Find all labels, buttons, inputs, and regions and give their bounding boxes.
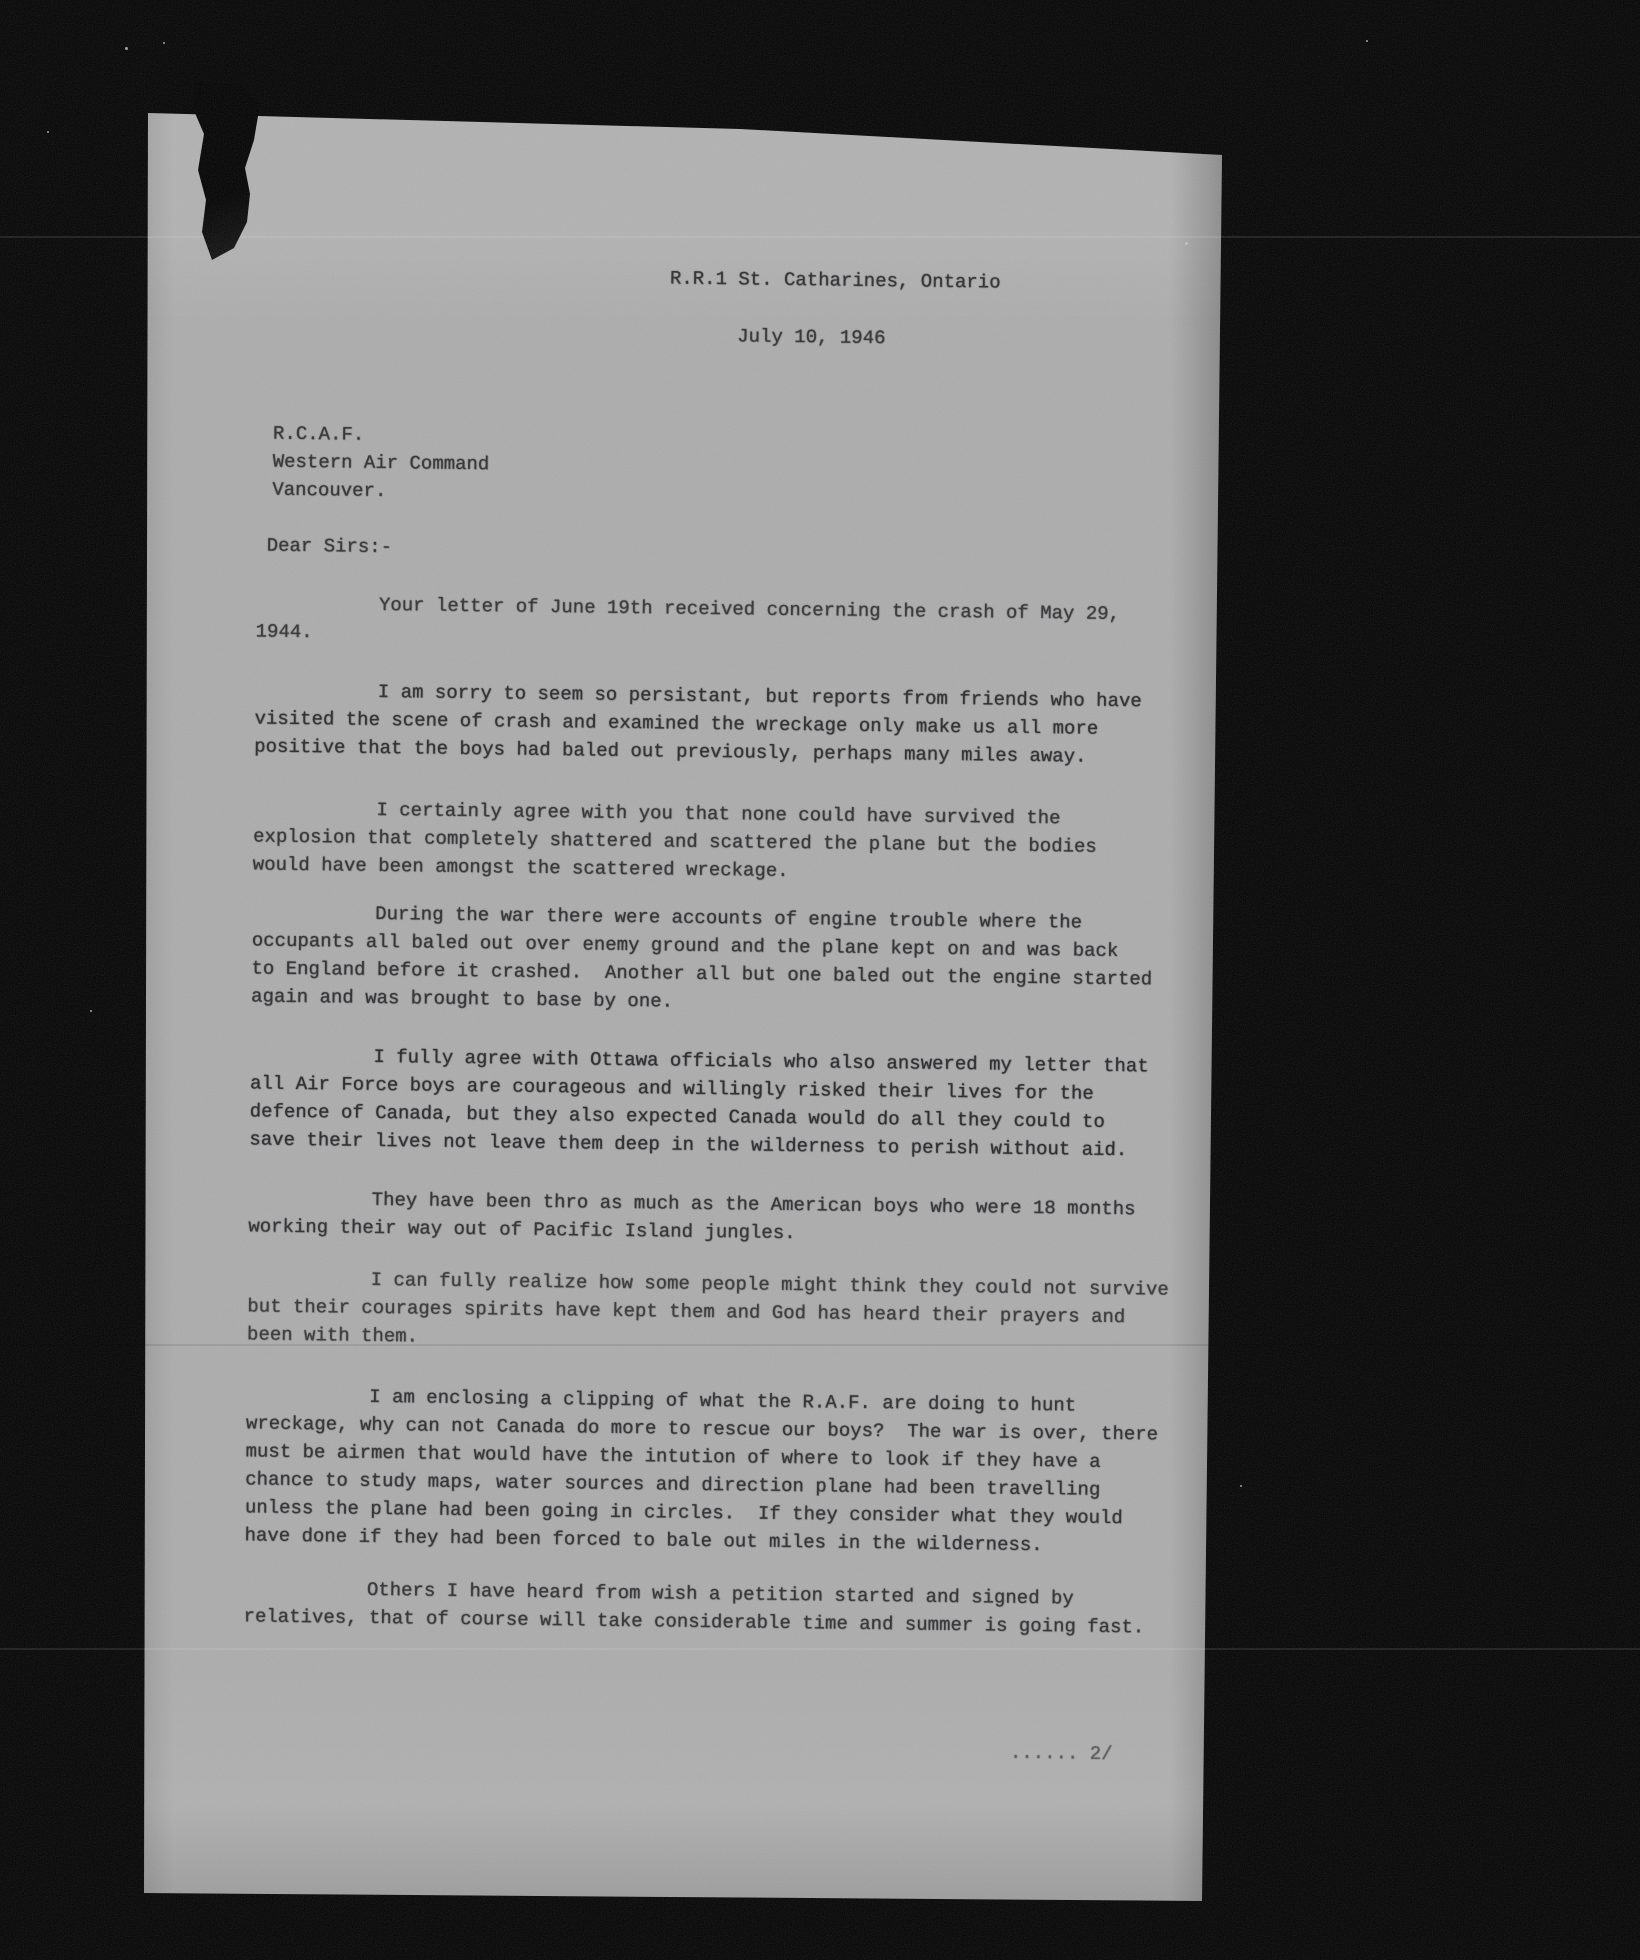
letter-content: P R.R.1 St. Catharines, Ontario July 10,… [118, 105, 1224, 1918]
scan-background: P R.R.1 St. Catharines, Ontario July 10,… [0, 0, 1640, 1960]
paragraph: I certainly agree with you that none cou… [253, 794, 1166, 889]
dust-speck [1240, 1485, 1242, 1487]
recipient-line: R.C.A.F. [273, 420, 490, 451]
paragraph: Your letter of June 19th received concer… [255, 589, 1168, 656]
page-continuation-marker: ...... 2/ [1010, 1739, 1113, 1768]
paragraph: I am sorry to seem so persistant, but re… [254, 676, 1167, 771]
return-address: R.R.1 St. Catharines, Ontario [670, 264, 1001, 296]
paragraph: They have been thro as much as the Ameri… [248, 1184, 1161, 1251]
salutation: Dear Sirs:- [266, 532, 392, 562]
dust-speck [163, 42, 165, 44]
paragraph: During the war there were accounts of en… [251, 898, 1164, 1021]
recipient-line: Vancouver. [272, 476, 489, 507]
date-line: July 10, 1946 [737, 322, 886, 352]
dust-speck [90, 1010, 92, 1012]
letter-body: Your letter of June 19th received concer… [243, 589, 1168, 1641]
paragraph: I fully agree with Ottawa officials who … [249, 1041, 1162, 1164]
recipient-block: R.C.A.F.Western Air CommandVancouver. [272, 420, 490, 507]
dust-speck [1185, 242, 1188, 245]
paragraph: I can fully realize how some people migh… [247, 1264, 1160, 1359]
dust-speck [125, 47, 128, 50]
recipient-line: Western Air Command [272, 448, 489, 479]
paragraph: Others I have heard from wish a petition… [243, 1574, 1156, 1641]
paragraph: I am enclosing a clipping of what the R.… [244, 1381, 1158, 1560]
dust-speck [47, 131, 49, 133]
dust-speck [1366, 40, 1368, 42]
